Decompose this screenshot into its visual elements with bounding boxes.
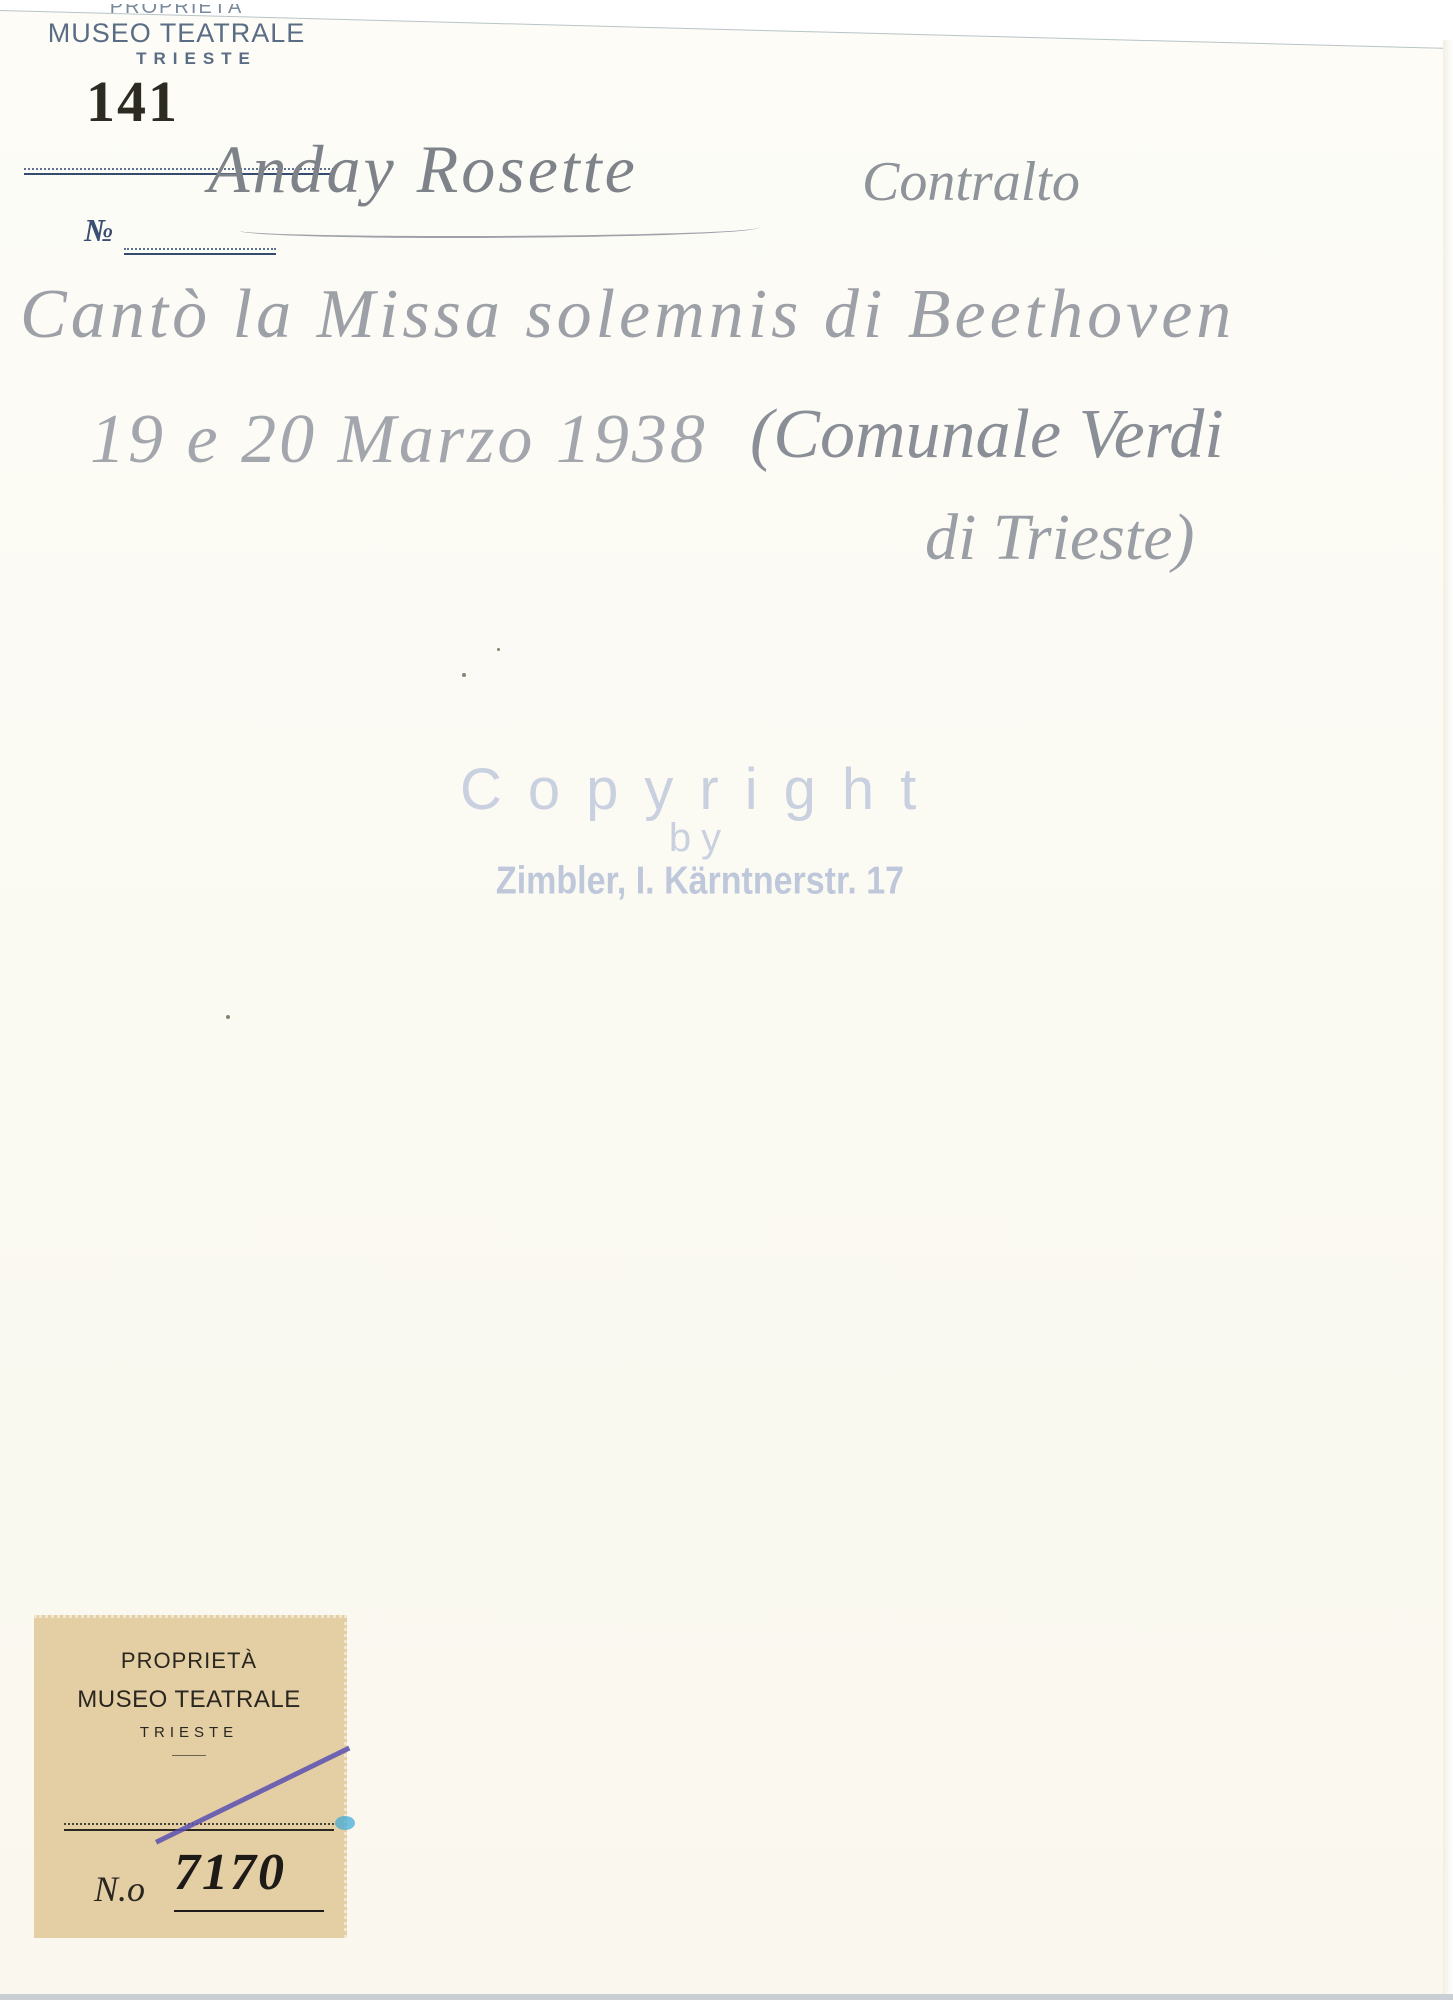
museum-stamp: PROPRIETÀ MUSEO TEATRALE TRIESTE bbox=[44, 4, 309, 70]
handwritten-venue-2: di Trieste) bbox=[925, 500, 1195, 576]
label-museo-teatrale: MUSEO TEATRALE bbox=[34, 1686, 344, 1714]
label-trieste: TRIESTE bbox=[34, 1724, 344, 1741]
label-divider bbox=[172, 1755, 206, 1756]
paper-speck bbox=[497, 648, 500, 651]
paper-speck bbox=[226, 1015, 230, 1019]
handwritten-singer-name: Anday Rosette bbox=[208, 130, 638, 209]
label-number-value: 7170 bbox=[174, 1843, 286, 1902]
handwritten-voice-type: Contralto bbox=[862, 150, 1080, 214]
name-underline-stroke bbox=[240, 220, 760, 238]
number-symbol: № bbox=[84, 212, 113, 249]
copyright-by: by bbox=[460, 820, 940, 856]
label-number-prefix: N.o bbox=[94, 1868, 145, 1910]
handwritten-date: 19 e 20 Marzo 1938 bbox=[90, 400, 708, 480]
copyright-studio-address: Zimbler, I. Kärntnerstr. 17 bbox=[460, 852, 940, 910]
number-field-line bbox=[124, 248, 276, 255]
stamp-line-museo: MUSEO TEATRALE bbox=[44, 18, 309, 48]
stamp-line-proprieta: PROPRIETÀ bbox=[44, 4, 309, 18]
scan-right-edge bbox=[1443, 40, 1453, 2000]
label-dotted-rule bbox=[64, 1823, 334, 1831]
scan-bottom-edge bbox=[0, 1994, 1453, 2000]
copyright-word: Copyright bbox=[460, 760, 940, 820]
label-number-underline bbox=[174, 1910, 324, 1912]
ink-blot bbox=[335, 1816, 355, 1830]
photo-verso-page: PROPRIETÀ MUSEO TEATRALE TRIESTE 141 № A… bbox=[0, 0, 1453, 2000]
handwritten-venue-1: (Comunale Verdi bbox=[750, 395, 1224, 475]
property-label: PROPRIETÀ MUSEO TEATRALE TRIESTE N.o 717… bbox=[34, 1615, 347, 1938]
stamp-line-trieste: TRIESTE bbox=[84, 48, 309, 70]
label-proprieta: PROPRIETÀ bbox=[34, 1648, 344, 1674]
copyright-stamp: Copyright by Zimbler, I. Kärntnerstr. 17 bbox=[460, 760, 940, 906]
handwritten-performance: Cantò la Missa solemnis di Beethoven bbox=[20, 275, 1235, 355]
inventory-number: 141 bbox=[86, 68, 179, 135]
paper-speck bbox=[462, 673, 466, 677]
